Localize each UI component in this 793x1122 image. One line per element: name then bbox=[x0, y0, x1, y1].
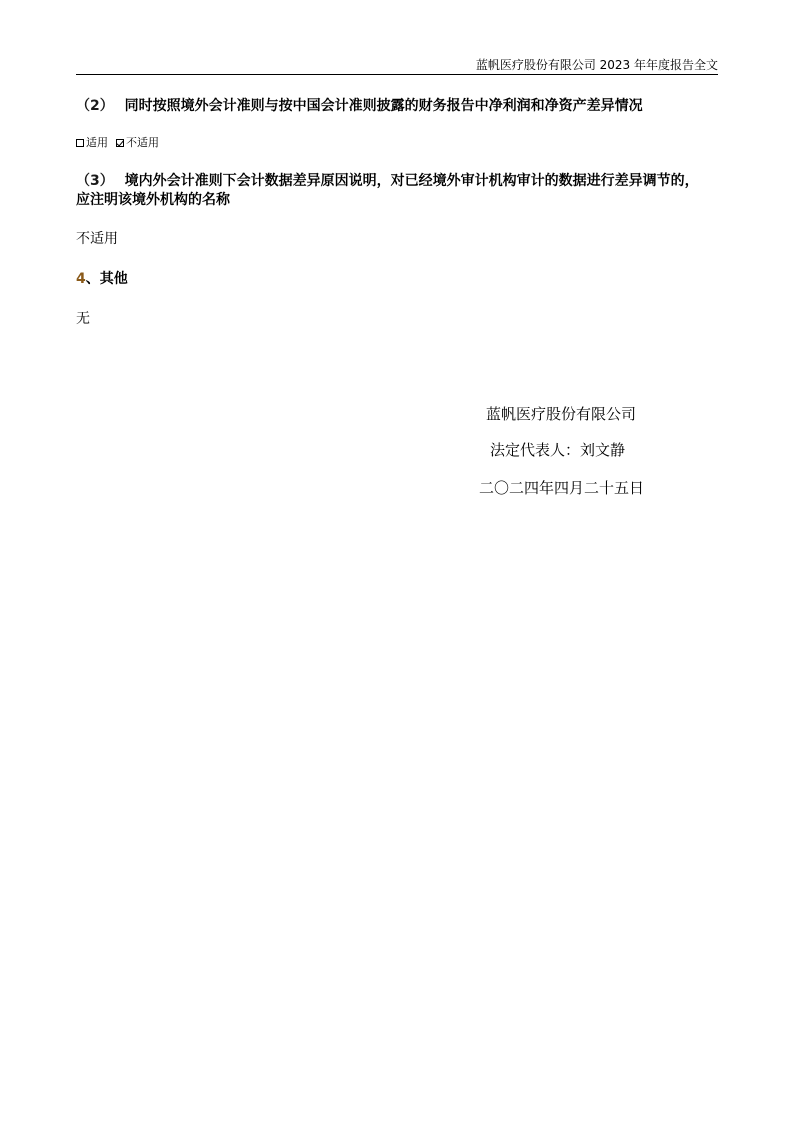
signature-company: 蓝帆医疗股份有限公司 bbox=[486, 404, 636, 424]
section-4-sep: 、 bbox=[86, 271, 100, 287]
section-4-title: 其他 bbox=[100, 271, 128, 287]
section-3-title-line2: 应注明该境外机构的名称 bbox=[76, 190, 230, 211]
option-applicable-label: 适用 bbox=[86, 135, 108, 151]
option-applicable: 适用 bbox=[76, 135, 108, 151]
section-2-number: （2） bbox=[76, 98, 114, 114]
report-header-title: 蓝帆医疗股份有限公司 2023 年年度报告全文 bbox=[476, 57, 718, 73]
applicability-options: 适用 不适用 bbox=[76, 135, 167, 151]
section-3-body: 不适用 bbox=[76, 229, 118, 249]
header-divider bbox=[76, 74, 718, 75]
section-3-number: （3） bbox=[76, 173, 114, 189]
signature-representative: 法定代表人：刘文静 bbox=[490, 440, 625, 460]
signature-date: 二〇二四年四月二十五日 bbox=[479, 478, 644, 498]
option-not-applicable-label: 不适用 bbox=[126, 135, 159, 151]
section-3-title-line1: 境内外会计准则下会计数据差异原因说明，对已经境外审计机构审计的数据进行差异调节的… bbox=[125, 173, 699, 189]
section-4-body: 无 bbox=[76, 309, 90, 329]
section-3-heading: （3） 境内外会计准则下会计数据差异原因说明，对已经境外审计机构审计的数据进行差… bbox=[76, 171, 699, 192]
checkbox-unchecked-icon bbox=[76, 139, 84, 147]
section-4-heading: 4、其他 bbox=[76, 269, 128, 290]
section-2-title: 同时按照境外会计准则与按中国会计准则披露的财务报告中净利润和净资产差异情况 bbox=[125, 98, 643, 114]
section-4-number: 4 bbox=[76, 271, 86, 287]
option-not-applicable: 不适用 bbox=[116, 135, 159, 151]
checkbox-checked-icon bbox=[116, 139, 124, 147]
section-2-heading: （2） 同时按照境外会计准则与按中国会计准则披露的财务报告中净利润和净资产差异情… bbox=[76, 96, 643, 117]
